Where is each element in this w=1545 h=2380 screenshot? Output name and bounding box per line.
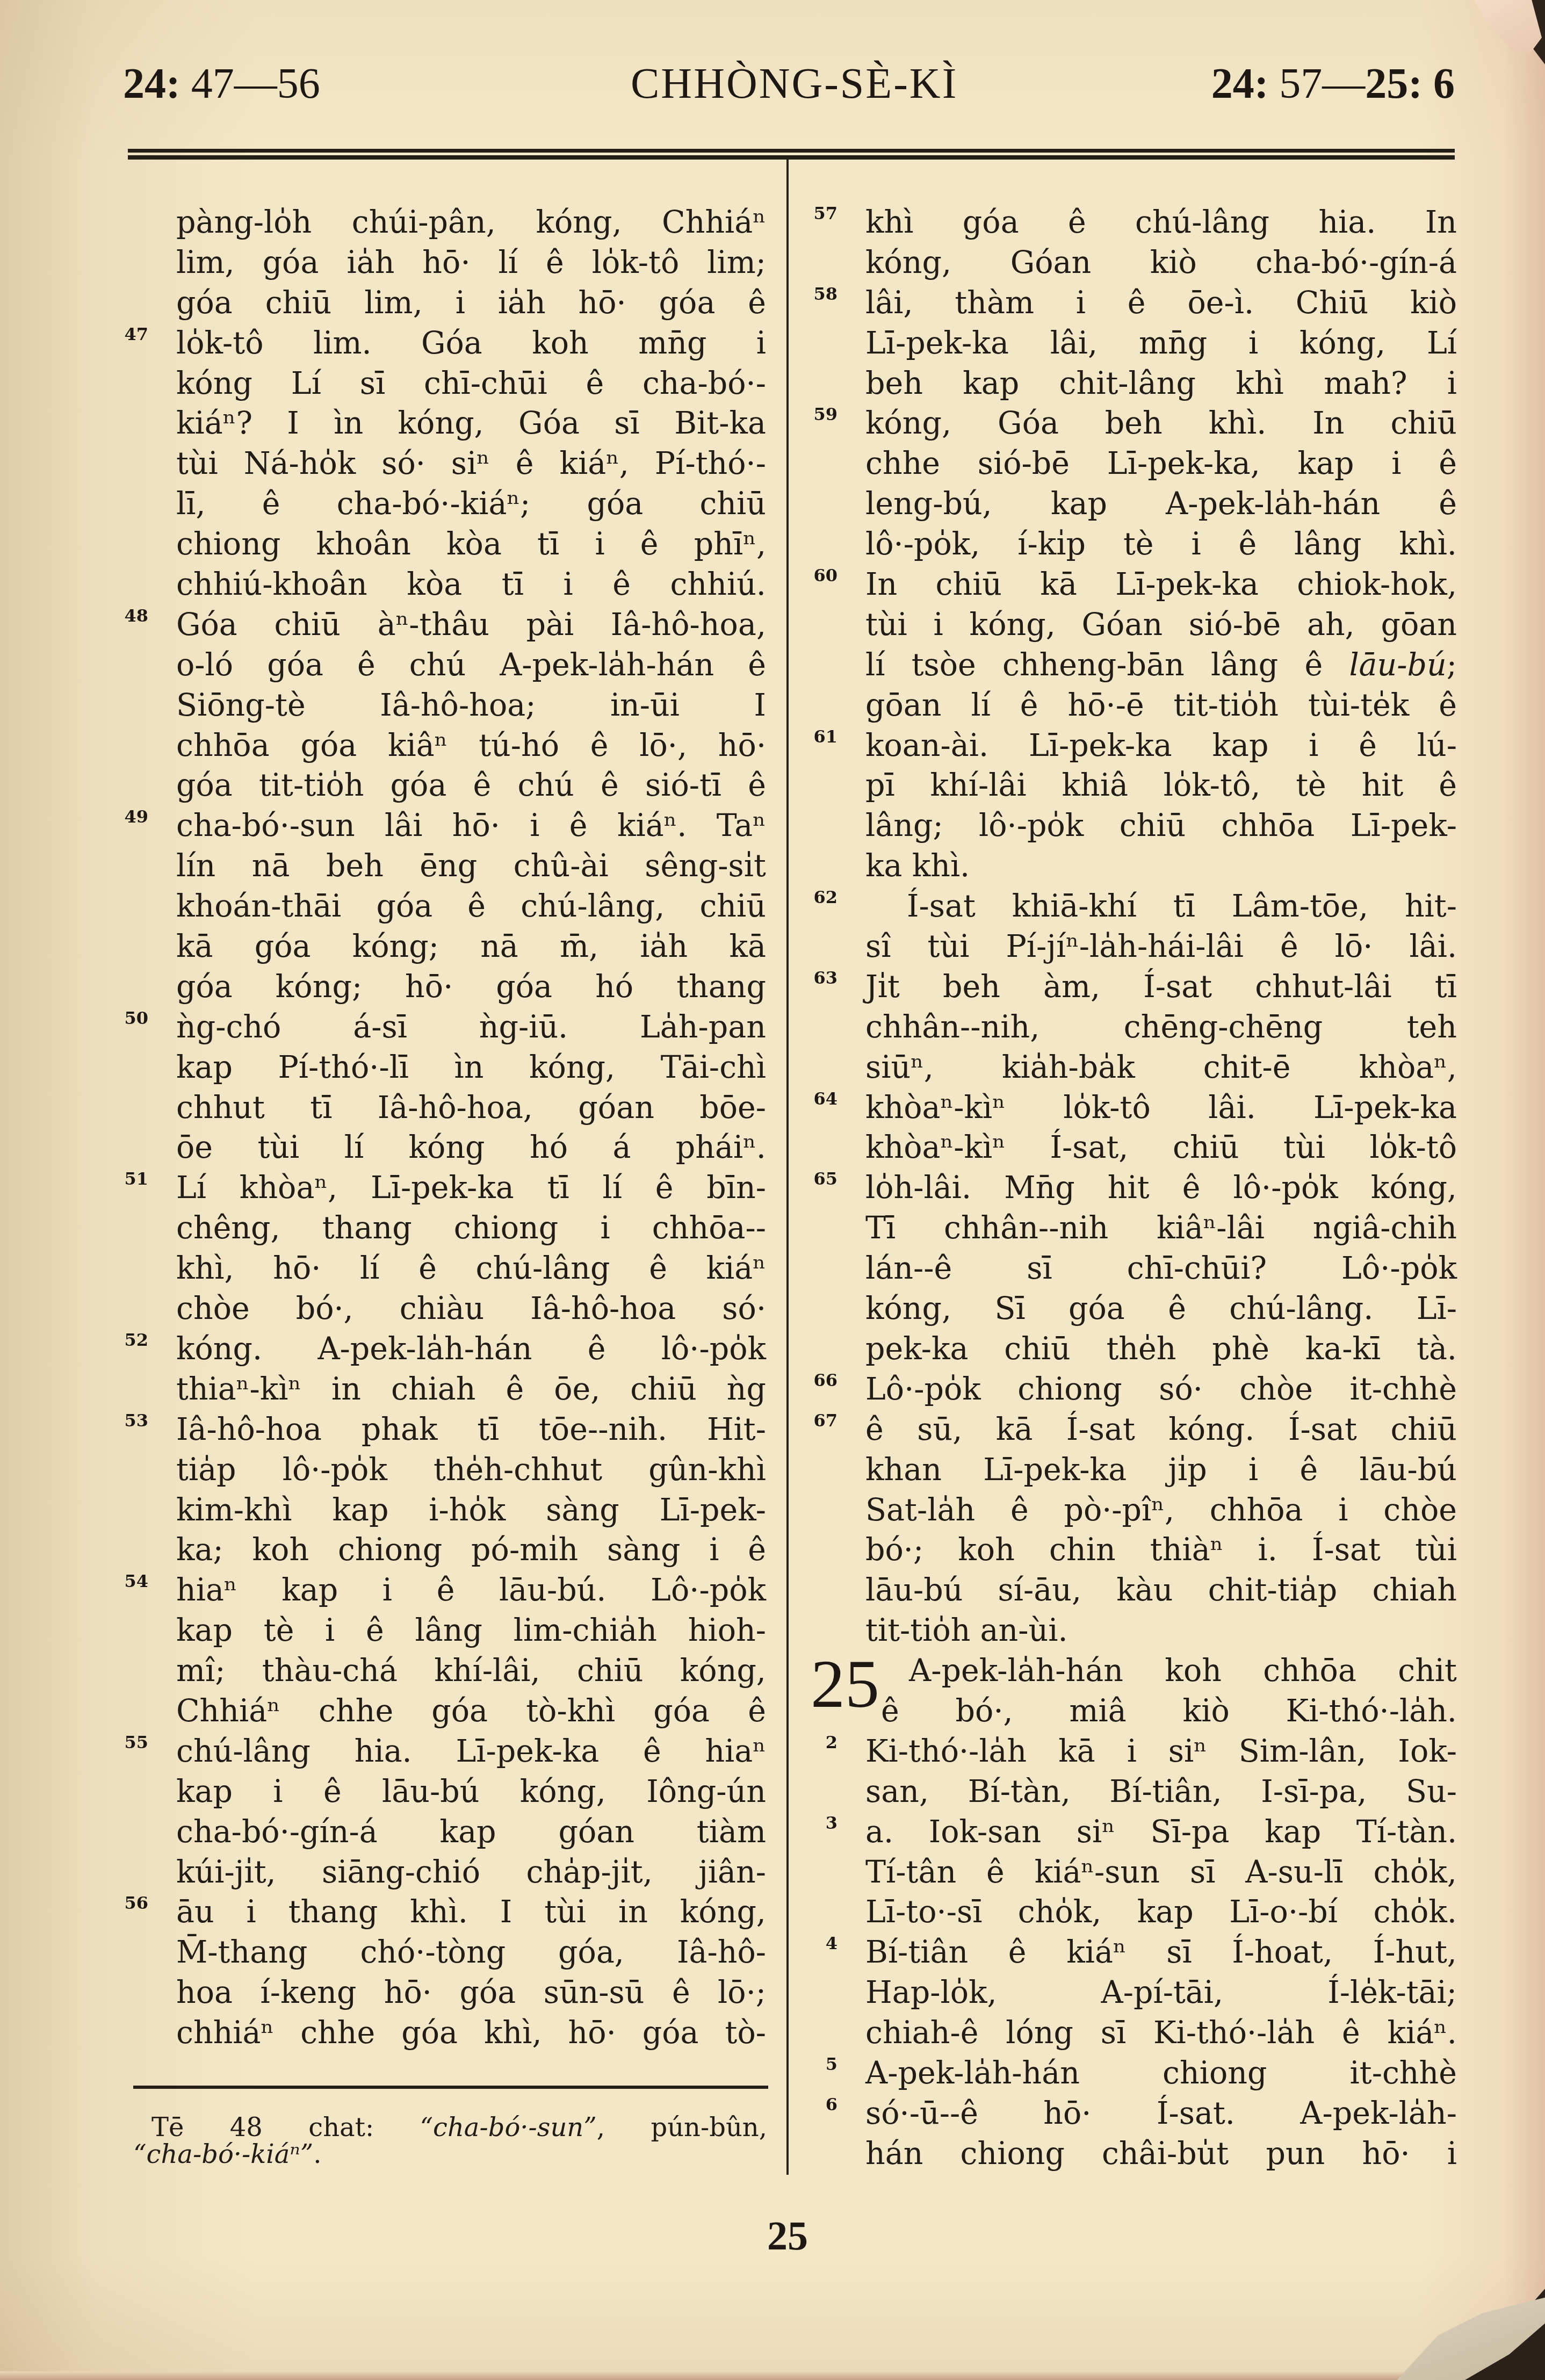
text-line: Tí-tân ê kiáⁿ-sun sī A-su-lī cho̍k, xyxy=(865,1852,1457,1893)
line-text: kap tè i ê lâng lim-chia̍h hioh- xyxy=(176,1613,766,1648)
text-line: chòe bó·, chiàu Iâ-hô-hoa só· xyxy=(176,1289,766,1329)
text-line: 51Lí khòaⁿ, Lī-pek-ka tī lí ê bīn- xyxy=(176,1168,766,1208)
line-text: cha-bó·-gín-á kap góan tiàm xyxy=(176,1814,766,1850)
line-text: tia̍p lô·-po̍k the̍h-chhut gûn-khì xyxy=(176,1452,766,1488)
text-line: kiáⁿ? I ìn kóng, Góa sī Bit-ka xyxy=(176,403,766,444)
line-text: lī, ê cha-bó·-kiáⁿ; góa chiū xyxy=(176,486,766,522)
verse-number: 49 xyxy=(121,808,148,825)
text-line: 49cha-bó·-sun lâi hō· i ê kiáⁿ. Taⁿ xyxy=(176,806,766,846)
line-text: lāu-bú sí-āu, kàu chit-tia̍p chiah xyxy=(865,1573,1457,1608)
text-line: pī khí-lâi khiâ lo̍k-tô, tè hit ê xyxy=(865,766,1457,806)
line-text: Sat-la̍h ê pò·-pîⁿ, chhōa i chòe xyxy=(865,1492,1457,1528)
line-text: khòaⁿ-kìⁿ Í-sat, chiū tùi lo̍k-tô xyxy=(865,1130,1457,1165)
footnote-end: . xyxy=(313,2139,321,2169)
line-text: A-pek-la̍h-hán chiong it-chhè xyxy=(865,2056,1457,2091)
line-text: thiaⁿ-kìⁿ in chiah ê ōe, chiū ǹg xyxy=(176,1372,766,1407)
text-line: ê bó·, miâ kiò Ki-thó·-la̍h. xyxy=(865,1691,1457,1732)
text-line: 63Ji̍t beh àm, Í-sat chhut-lâi tī xyxy=(865,967,1457,1007)
line-text: chêng, thang chiong i chhōa-- xyxy=(176,1210,766,1246)
text-line: siūⁿ, kia̍h-ba̍k chit-ē khòaⁿ, xyxy=(865,1048,1457,1088)
line-text: Lô·-po̍k chiong só· chòe it-chhè xyxy=(865,1372,1457,1407)
footnote: Tē 48 chat: “cha-bó·-sun”, pún-bûn, xyxy=(151,2114,767,2141)
text-line: ōe tùi lí kóng hó á pháiⁿ. xyxy=(176,1128,766,1168)
text-line: hán chiong châi-bu̍t pun hō· i xyxy=(865,2134,1457,2174)
text-line: kap tè i ê lâng lim-chia̍h hioh- xyxy=(176,1611,766,1651)
verse-number: 60 xyxy=(811,567,838,584)
line-text: chiong khoân kòa tī i ê phīⁿ, xyxy=(176,527,766,562)
text-line: 54hiaⁿ kap i ê lāu-bú. Lô·-po̍k xyxy=(176,1570,766,1611)
line-text: kóng. A-pek-la̍h-hán ê lô·-po̍k xyxy=(176,1331,766,1367)
line-text: Góa chiū àⁿ-thâu pài Iâ-hô-hoa, xyxy=(176,607,766,643)
chapter-ref: 24: xyxy=(1211,60,1269,107)
text-line: chhiáⁿ chhe góa khì, hō· góa tò- xyxy=(176,2013,766,2053)
text-line: san, Bí-tàn, Bí-tiân, I-sī-pa, Su- xyxy=(865,1772,1457,1812)
text-line: 64khòaⁿ-kìⁿ lo̍k-tô lâi. Lī-pek-ka xyxy=(865,1088,1457,1128)
line-text: chhōa góa kiâⁿ tú-hó ê lō·, hō· xyxy=(176,728,766,763)
text-line: kúi-ji̍t, siāng-chió cha̍p-ji̍t, jiân- xyxy=(176,1852,766,1893)
text-line: chêng, thang chiong i chhōa-- xyxy=(176,1208,766,1249)
line-text: kim-khì kap i-ho̍k sàng Lī-pek- xyxy=(176,1492,766,1528)
line-text: a. Iok-san siⁿ Sī-pa kap Tí-tàn. xyxy=(865,1814,1457,1850)
text-line: 6só·-ū--ê hō· Í-sat. A-pek-la̍h- xyxy=(865,2094,1457,2134)
text-line: tia̍p lô·-po̍k the̍h-chhut gûn-khì xyxy=(176,1450,766,1490)
text-line: tùi i kóng, Góan sió-bē ah, gōan xyxy=(865,605,1457,645)
line-text: kúi-ji̍t, siāng-chió cha̍p-ji̍t, jiân- xyxy=(176,1855,766,1890)
line-text: leng-bú, kap A-pek-la̍h-hán ê xyxy=(865,486,1457,522)
text-line: Lī-to·-sī cho̍k, kap Lī-o·-bí cho̍k. xyxy=(865,1892,1457,1932)
verse-number: 5 xyxy=(811,2056,838,2073)
line-text: góa tit-tio̍h góa ê chú ê sió-tī ê xyxy=(176,768,766,803)
line-text: lo̍k-tô lim. Góa koh mn̄g i xyxy=(176,326,766,361)
text-line: lí tsòe chheng-bān lâng ê lāu-bú; xyxy=(865,645,1457,686)
line-text: A-pek-la̍h-hán koh chhōa chit xyxy=(909,1653,1457,1689)
line-text: M̄-thang chó·-tòng góa, Iâ-hô- xyxy=(176,1935,766,1970)
line-text: Tí-tân ê kiáⁿ-sun sī A-su-lī cho̍k, xyxy=(865,1855,1457,1890)
line-text: o-ló góa ê chú A-pek-la̍h-hán ê xyxy=(176,647,766,683)
line-text: kiáⁿ? I ìn kóng, Góa sī Bit-ka xyxy=(176,406,766,441)
text-line: khan Lī-pek-ka ji̍p i ê lāu-bú xyxy=(865,1450,1457,1490)
text-line: kim-khì kap i-ho̍k sàng Lī-pek- xyxy=(176,1490,766,1531)
line-text: Iâ-hô-hoa phak tī tōe--nih. Hit- xyxy=(176,1412,766,1447)
text-line: o-ló góa ê chú A-pek-la̍h-hán ê xyxy=(176,645,766,686)
line-text: bó·; koh chin thiàⁿ i. Í-sat tùi xyxy=(865,1532,1457,1568)
verse-number: 66 xyxy=(811,1372,838,1389)
line-text: kóng, Sī góa ê chú-lâng. Lī- xyxy=(865,1291,1457,1326)
line-text: hán chiong châi-bu̍t pun hō· i xyxy=(865,2136,1457,2172)
text-line: khì, hō· lí ê chú-lâng ê kiáⁿ xyxy=(176,1249,766,1289)
line-text: pī khí-lâi khiâ lo̍k-tô, tè hit ê xyxy=(865,768,1457,803)
text-line: khòaⁿ-kìⁿ Í-sat, chiū tùi lo̍k-tô xyxy=(865,1128,1457,1168)
verse-number: 6 xyxy=(811,2096,838,2113)
line-text: só·-ū--ê hō· Í-sat. A-pek-la̍h- xyxy=(865,2096,1457,2131)
verse-number: 51 xyxy=(121,1170,148,1187)
text-line: lín nā beh ēng chû-ài sêng-si̍t xyxy=(176,846,766,886)
running-head-right: 24: 57—25: 6 xyxy=(1211,62,1455,105)
text-line: chhiú-khoân kòa tī i ê chhiú. xyxy=(176,565,766,605)
text-line: tùi Ná-ho̍k só· siⁿ ê kiáⁿ, Pí-thó·- xyxy=(176,444,766,484)
text-line: kap Pí-thó·-lī ìn kóng, Tāi-chì xyxy=(176,1048,766,1088)
text-line: Tī chhân--nih kiâⁿ-lâi ngiâ-chih xyxy=(865,1208,1457,1249)
verse-number: 65 xyxy=(811,1170,838,1187)
text-line: chhōa góa kiâⁿ tú-hó ê lō·, hō· xyxy=(176,726,766,766)
line-text: chú-lâng hia. Lī-pek-ka ê hiaⁿ xyxy=(176,1734,766,1769)
footnote-rule xyxy=(133,2086,768,2089)
text-line: góa kóng; hō· góa hó thang xyxy=(176,967,766,1007)
line-text: hoa í-keng hō· góa sūn-sū ê lō·; xyxy=(176,1975,766,2010)
text-line: Chhiáⁿ chhe góa tò-khì góa ê xyxy=(176,1691,766,1732)
line-text: In chiū kā Lī-pek-ka chiok-hok, xyxy=(865,567,1457,602)
text-line: 56āu i thang khì. I tùi in kóng, xyxy=(176,1892,766,1932)
text-line: leng-bú, kap A-pek-la̍h-hán ê xyxy=(865,484,1457,524)
line-text: san, Bí-tàn, Bí-tiân, I-sī-pa, Su- xyxy=(865,1774,1457,1809)
verse-number: 48 xyxy=(121,607,148,624)
line-text: Tī chhân--nih kiâⁿ-lâi ngiâ-chih xyxy=(865,1210,1457,1246)
text-line: pàng-lo̍h chúi-pân, kóng, Chhiáⁿ xyxy=(176,203,766,243)
line-text: khan Lī-pek-ka ji̍p i ê lāu-bú xyxy=(865,1452,1457,1488)
line-text: lí tsòe chheng-bān lâng ê xyxy=(865,647,1349,683)
line-text: Ki-thó·-la̍h kā i siⁿ Sim-lân, Iok- xyxy=(865,1734,1457,1769)
verse-number: 47 xyxy=(121,326,148,343)
line-text: sî tùi Pí-jíⁿ-la̍h-hái-lâi ê lō· lâi. xyxy=(865,929,1457,964)
text-line: lāu-bú sí-āu, kàu chit-tia̍p chiah xyxy=(865,1570,1457,1611)
text-line: kóng, Góan kiò cha-bó·-gín-á xyxy=(865,243,1457,283)
text-line: Sat-la̍h ê pò·-pîⁿ, chhōa i chòe xyxy=(865,1490,1457,1531)
verse-number: 59 xyxy=(811,406,838,423)
verse-number: 52 xyxy=(121,1331,148,1348)
text-line: Lī-pek-ka lâi, mn̄g i kóng, Lí xyxy=(865,323,1457,364)
line-text: khòaⁿ-kìⁿ lo̍k-tô lâi. Lī-pek-ka xyxy=(865,1090,1457,1126)
line-text: tùi Ná-ho̍k só· siⁿ ê kiáⁿ, Pí-thó·- xyxy=(176,446,766,481)
line-text: hiaⁿ kap i ê lāu-bú. Lô·-po̍k xyxy=(176,1573,766,1608)
line-text: ǹg-chó á-sī ǹg-iū. La̍h-pan xyxy=(176,1009,766,1045)
verse-number: 58 xyxy=(811,285,838,302)
text-line: kap i ê lāu-bú kóng, Iông-ún xyxy=(176,1772,766,1812)
text-line: 53Iâ-hô-hoa phak tī tōe--nih. Hit- xyxy=(176,1410,766,1450)
line-text: mî; thàu-chá khí-lâi, chiū kóng, xyxy=(176,1653,766,1689)
text-line: tit-tio̍h an-ùi. xyxy=(865,1611,1457,1651)
line-text: khì, hō· lí ê chú-lâng ê kiáⁿ xyxy=(176,1251,766,1286)
line-text-tail: ; xyxy=(1447,647,1457,683)
line-text: Lī-to·-sī cho̍k, kap Lī-o·-bí cho̍k. xyxy=(865,1894,1457,1930)
line-text: lo̍h-lâi. Mn̄g hit ê lô·-po̍k kóng, xyxy=(865,1170,1457,1206)
line-text: Í-sat khiā-khí tī Lâm-tōe, hit- xyxy=(907,889,1457,924)
text-line: gōan lí ê hō·-ē tit-tio̍h tùi-te̍k ê xyxy=(865,686,1457,726)
line-text: lim, góa ia̍h hō· lí ê lo̍k-tô lim; xyxy=(176,245,766,280)
italic-word: lāu-bú xyxy=(1349,647,1446,683)
line-text: āu i thang khì. I tùi in kóng, xyxy=(176,1894,766,1930)
chapter-ref: 24: xyxy=(123,60,181,107)
text-line: 5A-pek-la̍h-hán chiong it-chhè xyxy=(865,2053,1457,2094)
text-line: 58lâi, thàm i ê ōe-ì. Chiū kiò xyxy=(865,283,1457,323)
verse-number: 63 xyxy=(811,969,838,986)
text-line: 52kóng. A-pek-la̍h-hán ê lô·-po̍k xyxy=(176,1329,766,1369)
line-text: cha-bó·-sun lâi hō· i ê kiáⁿ. Taⁿ xyxy=(176,808,766,843)
line-text: chiah-ê lóng sī Ki-thó·-la̍h ê kiáⁿ. xyxy=(865,2015,1457,2051)
text-line: 62Í-sat khiā-khí tī Lâm-tōe, hit- xyxy=(865,886,1457,927)
text-line: 47lo̍k-tô lim. Góa koh mn̄g i xyxy=(176,323,766,364)
verse-number: 62 xyxy=(811,889,838,906)
line-text: Bí-tiân ê kiáⁿ sī Í-hoat, Í-hut, xyxy=(865,1935,1457,1970)
text-line: 66Lô·-po̍k chiong só· chòe it-chhè xyxy=(865,1369,1457,1410)
line-text: lâng; lô·-po̍k chiū chhōa Lī-pek- xyxy=(865,808,1457,843)
text-line: 65lo̍h-lâi. Mn̄g hit ê lô·-po̍k kóng, xyxy=(865,1168,1457,1208)
line-text: lô·-po̍k, í-ki̍p tè i ê lâng khì. xyxy=(865,527,1457,562)
text-line: chhut tī Iâ-hô-hoa, góan bōe- xyxy=(176,1088,766,1128)
line-text: chhe sió-bē Lī-pek-ka, kap i ê xyxy=(865,446,1457,481)
line-text: kap Pí-thó·-lī ìn kóng, Tāi-chì xyxy=(176,1050,766,1085)
text-line: hoa í-keng hō· góa sūn-sū ê lō·; xyxy=(176,1973,766,2013)
line-text: koan-ài. Lī-pek-ka kap i ê lú- xyxy=(865,728,1457,763)
line-text: tùi i kóng, Góan sió-bē ah, gōan xyxy=(865,607,1457,643)
line-text: ka; koh chiong pó-mi̍h sàng i ê xyxy=(176,1532,766,1568)
verse-number: 3 xyxy=(811,1814,838,1831)
line-text: chhân--nih, chēng-chēng teh xyxy=(865,1009,1457,1045)
verse-number: 56 xyxy=(121,1894,148,1912)
text-line: 2Ki-thó·-la̍h kā i siⁿ Sim-lân, Iok- xyxy=(865,1732,1457,1772)
text-line: 3a. Iok-san siⁿ Sī-pa kap Tí-tàn. xyxy=(865,1812,1457,1852)
line-text: Chhiáⁿ chhe góa tò-khì góa ê xyxy=(176,1693,766,1729)
text-line: 4Bí-tiân ê kiáⁿ sī Í-hoat, Í-hut, xyxy=(865,1932,1457,1973)
double-rule xyxy=(128,149,1455,153)
line-text: lán--ê sī chī-chūi? Lô·-po̍k xyxy=(865,1251,1457,1286)
page-corner-curl xyxy=(1475,0,1542,54)
book-title: CHHÒNG-SÈ-KÌ xyxy=(631,62,958,105)
text-line: chhân--nih, chēng-chēng teh xyxy=(865,1007,1457,1048)
line-text: ê sū, kā Í-sat kóng. Í-sat chiū xyxy=(865,1412,1457,1447)
verse-number: 54 xyxy=(121,1573,148,1590)
line-text: Siōng-tè Iâ-hô-hoa; in-ūi I xyxy=(176,688,766,723)
verse-range: 47—56 xyxy=(181,60,320,107)
verse-number: 64 xyxy=(811,1090,838,1107)
line-text: ōe tùi lí kóng hó á pháiⁿ. xyxy=(176,1130,766,1165)
line-text: ê bó·, miâ kiò Ki-thó·-la̍h. xyxy=(881,1693,1457,1729)
line-text: tit-tio̍h an-ùi. xyxy=(865,1613,1068,1648)
line-text: khoán-thāi góa ê chú-lâng, chiū xyxy=(176,889,766,924)
footnote: “cha-bó·-kiáⁿ”. xyxy=(133,2141,322,2168)
text-line: góa chiū lim, i ia̍h hō· góa ê xyxy=(176,283,766,323)
text-line: Siōng-tè Iâ-hô-hoa; in-ūi I xyxy=(176,686,766,726)
text-line: kóng, Sī góa ê chú-lâng. Lī- xyxy=(865,1289,1457,1329)
line-text: chòe bó·, chiàu Iâ-hô-hoa só· xyxy=(176,1291,766,1326)
text-line: Hap-lo̍k, A-pí-tāi, Í-le̍k-tāi; xyxy=(865,1973,1457,2013)
verse-number: 67 xyxy=(811,1412,838,1429)
text-line: góa tit-tio̍h góa ê chú ê sió-tī ê xyxy=(176,766,766,806)
line-text: chhiáⁿ chhe góa khì, hō· góa tò- xyxy=(176,2015,766,2051)
line-text: góa chiū lim, i ia̍h hō· góa ê xyxy=(176,285,766,321)
column-divider xyxy=(786,160,789,2175)
verse-number: 57 xyxy=(811,205,838,222)
line-text: ka khì. xyxy=(865,848,970,884)
line-text: kap i ê lāu-bú kóng, Iông-ún xyxy=(176,1774,766,1809)
line-text: pek-ka chiū the̍h phè ka-kī tà. xyxy=(865,1331,1457,1367)
running-head-left: 24: 47—56 xyxy=(123,62,320,105)
page-number: 25 xyxy=(767,2216,808,2256)
line-text: kā góa kóng; nā m̄, ia̍h kā xyxy=(176,929,766,964)
line-text: chhut tī Iâ-hô-hoa, góan bōe- xyxy=(176,1090,766,1126)
verse-number: 2 xyxy=(811,1734,838,1751)
line-text: pàng-lo̍h chúi-pân, kóng, Chhiáⁿ xyxy=(176,205,766,240)
text-line: A-pek-la̍h-hán koh chhōa chit xyxy=(865,1651,1457,1691)
line-text: kóng, Góa beh khì. In chiū xyxy=(865,406,1457,441)
text-line: ka; koh chiong pó-mi̍h sàng i ê xyxy=(176,1530,766,1570)
text-line: 59kóng, Góa beh khì. In chiū xyxy=(865,403,1457,444)
text-line: mî; thàu-chá khí-lâi, chiū kóng, xyxy=(176,1651,766,1691)
text-line: kóng Lí sī chī-chūi ê cha-bó·- xyxy=(176,364,766,404)
footnote-original: “cha-bó·-kiáⁿ” xyxy=(133,2139,313,2169)
text-line: beh kap chit-lâng khì mah? i xyxy=(865,364,1457,404)
text-line: lán--ê sī chī-chūi? Lô·-po̍k xyxy=(865,1249,1457,1289)
text-line: 67ê sū, kā Í-sat kóng. Í-sat chiū xyxy=(865,1410,1457,1450)
line-text: khì góa ê chú-lâng hia. In xyxy=(865,205,1457,240)
verse-number: 53 xyxy=(121,1412,148,1429)
line-text: beh kap chit-lâng khì mah? i xyxy=(865,366,1457,401)
text-line: bó·; koh chin thiàⁿ i. Í-sat tùi xyxy=(865,1530,1457,1570)
line-text: góa kóng; hō· góa hó thang xyxy=(176,969,766,1005)
text-line: khoán-thāi góa ê chú-lâng, chiū xyxy=(176,886,766,927)
text-line: chiong khoân kòa tī i ê phīⁿ, xyxy=(176,524,766,565)
text-line: chhe sió-bē Lī-pek-ka, kap i ê xyxy=(865,444,1457,484)
right-column: 25 57khì góa ê chú-lâng hia. In kóng, Gó… xyxy=(865,203,1457,2174)
line-text: Hap-lo̍k, A-pí-tāi, Í-le̍k-tāi; xyxy=(865,1975,1457,2010)
line-text: lín nā beh ēng chû-ài sêng-si̍t xyxy=(176,848,766,884)
verse-range: 57— xyxy=(1268,60,1365,107)
text-line: 61koan-ài. Lī-pek-ka kap i ê lú- xyxy=(865,726,1457,766)
text-line: pek-ka chiū the̍h phè ka-kī tà. xyxy=(865,1329,1457,1369)
text-line: ka khì. xyxy=(865,846,1457,886)
text-line: thiaⁿ-kìⁿ in chiah ê ōe, chiū ǹg xyxy=(176,1369,766,1410)
line-text: kóng, Góan kiò cha-bó·-gín-á xyxy=(865,245,1457,280)
page-bottom-edge xyxy=(0,2371,1545,2380)
verse-number: 55 xyxy=(121,1734,148,1751)
double-rule xyxy=(128,155,1455,160)
text-line: kā góa kóng; nā m̄, ia̍h kā xyxy=(176,927,766,967)
line-text: lâi, thàm i ê ōe-ì. Chiū kiò xyxy=(865,285,1457,321)
text-line: lô·-po̍k, í-ki̍p tè i ê lâng khì. xyxy=(865,524,1457,565)
text-line: chiah-ê lóng sī Ki-thó·-la̍h ê kiáⁿ. xyxy=(865,2013,1457,2053)
text-line: M̄-thang chó·-tòng góa, Iâ-hô- xyxy=(176,1932,766,1973)
line-text: gōan lí ê hō·-ē tit-tio̍h tùi-te̍k ê xyxy=(865,688,1457,723)
line-text: kóng Lí sī chī-chūi ê cha-bó·- xyxy=(176,366,766,401)
verse-number: 4 xyxy=(811,1935,838,1952)
text-line: lâng; lô·-po̍k chiū chhōa Lī-pek- xyxy=(865,806,1457,846)
text-line: 48Góa chiū àⁿ-thâu pài Iâ-hô-hoa, xyxy=(176,605,766,645)
line-text: Ji̍t beh àm, Í-sat chhut-lâi tī xyxy=(865,969,1457,1005)
footnote-label: Tē 48 chat: xyxy=(151,2112,420,2143)
verse-number: 61 xyxy=(811,728,838,745)
left-column: pàng-lo̍h chúi-pân, kóng, Chhiáⁿ lim, gó… xyxy=(176,203,766,2053)
footnote-term: “cha-bó·-sun” xyxy=(420,2112,597,2143)
text-line: sî tùi Pí-jíⁿ-la̍h-hái-lâi ê lō· lâi. xyxy=(865,927,1457,967)
line-text: chhiú-khoân kòa tī i ê chhiú. xyxy=(176,567,766,602)
text-line: 55chú-lâng hia. Lī-pek-ka ê hiaⁿ xyxy=(176,1732,766,1772)
footnote-note: , pún-bûn, xyxy=(597,2112,767,2143)
text-line: lī, ê cha-bó·-kiáⁿ; góa chiū xyxy=(176,484,766,524)
text-line: cha-bó·-gín-á kap góan tiàm xyxy=(176,1812,766,1852)
text-line: 60In chiū kā Lī-pek-ka chiok-hok, xyxy=(865,565,1457,605)
line-text: siūⁿ, kia̍h-ba̍k chit-ē khòaⁿ, xyxy=(865,1050,1457,1085)
text-line: 50ǹg-chó á-sī ǹg-iū. La̍h-pan xyxy=(176,1007,766,1048)
text-line: 57khì góa ê chú-lâng hia. In xyxy=(865,203,1457,243)
line-text: Lī-pek-ka lâi, mn̄g i kóng, Lí xyxy=(865,326,1457,361)
verse-ref: 6 xyxy=(1423,60,1455,107)
verse-number: 50 xyxy=(121,1009,148,1027)
line-text: Lí khòaⁿ, Lī-pek-ka tī lí ê bīn- xyxy=(176,1170,766,1206)
text-line: lim, góa ia̍h hō· lí ê lo̍k-tô lim; xyxy=(176,243,766,283)
chapter-ref: 25: xyxy=(1365,60,1423,107)
